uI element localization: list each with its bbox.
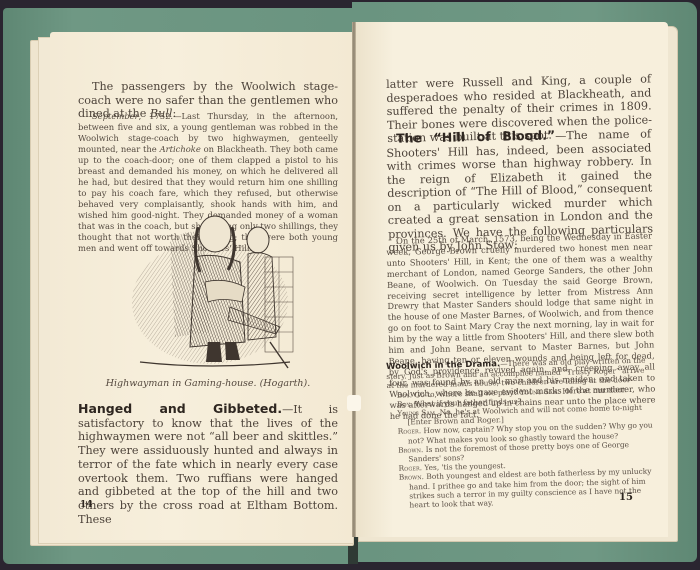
section-heading: Hanged and Gibbeted. — [78, 401, 282, 416]
dialogue-line: Brown. Both youngest and eldest are both… — [399, 467, 656, 510]
section-hanged-gibbeted: Hanged and Gibbeted.—It is satisfactory … — [78, 402, 338, 526]
speaker: Brown. — [399, 473, 424, 483]
line-text: Both youngest and eldest are both father… — [409, 467, 652, 510]
engraving-highwayman-icon — [130, 212, 300, 372]
page-number: 14 — [80, 500, 93, 510]
speaker: Boy. — [397, 390, 412, 399]
speaker: Young Sam. — [520, 386, 560, 396]
quote-place: Artichoke — [160, 144, 201, 154]
section-body: —It is satisfactory to know that the liv… — [78, 403, 338, 526]
speaker: Boy. — [397, 399, 412, 408]
book-gutter — [352, 22, 356, 537]
page-tear — [347, 395, 361, 411]
line-text: Here at our door. — [562, 385, 627, 396]
page-number: 15 — [619, 492, 633, 503]
right-page: latter were Russell and King, a couple o… — [356, 22, 668, 537]
speaker: Roger. — [398, 427, 422, 437]
quote-date: September — [92, 111, 139, 121]
drama-excerpt: Woolwich in the Drama.—There was an old … — [386, 356, 656, 511]
left-page: The passengers by the Woolwich stage-coa… — [50, 32, 352, 540]
speaker: Roger. — [398, 463, 422, 473]
illustration-caption: Highwayman in Gaming-house. (Hogarth). — [78, 378, 338, 389]
speaker: Brown. — [398, 445, 423, 455]
